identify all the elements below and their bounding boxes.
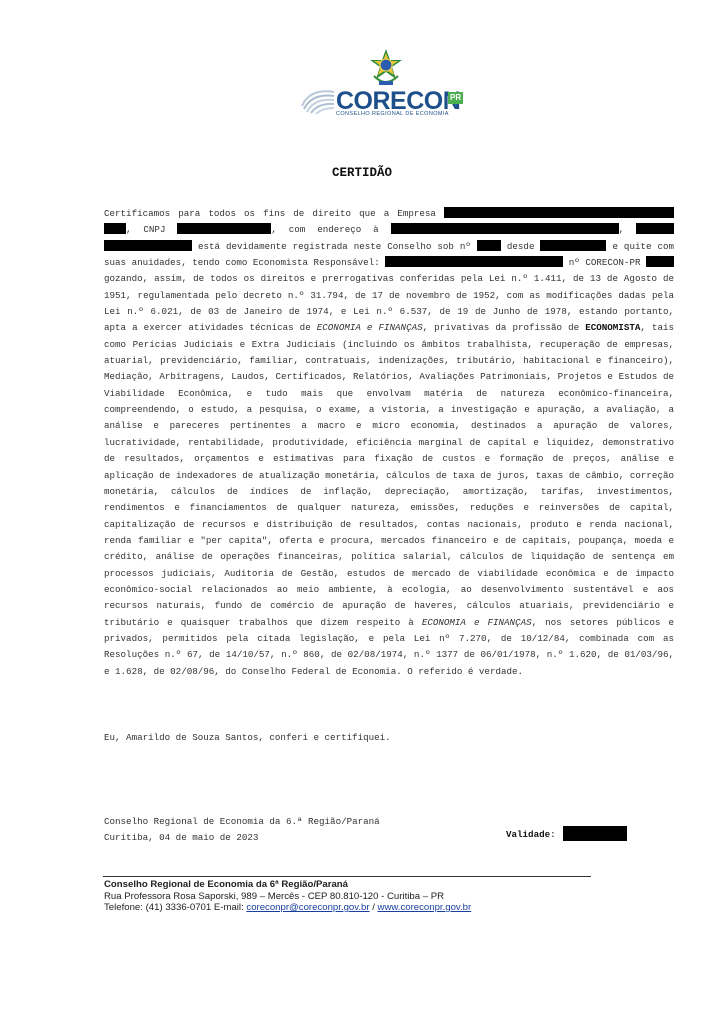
body-text: Certificamos para todos os fins de direi… — [104, 208, 436, 219]
body-text: , CNPJ — [126, 224, 165, 235]
separator: / — [370, 902, 378, 913]
redacted-registration-number — [477, 240, 501, 251]
redacted-economist-number — [646, 256, 674, 267]
redacted-economist-name — [385, 256, 563, 267]
certificate-body: Certificamos para todos os fins de direi… — [104, 206, 674, 680]
footer-phone: Telefone: (41) 3336-0701 E-mail: — [104, 902, 246, 913]
redacted-address-cont — [636, 223, 674, 234]
body-text: desde — [507, 241, 535, 252]
redacted-registration-date — [540, 240, 606, 251]
economia-financas-italic: ECONOMIA e FINANÇAS — [317, 322, 423, 333]
brand-subtitle: CONSELHO REGIONAL DE ECONOMIA — [336, 111, 449, 117]
body-text: , privativas da profissão de — [423, 322, 580, 333]
redacted-address — [391, 223, 619, 234]
footer-address: Rua Professora Rosa Saporski, 989 – Merc… — [104, 891, 471, 903]
corecon-logo: CORECON PR CONSELHO REGIONAL DE ECONOMIA — [298, 48, 488, 114]
validity-colon: : — [550, 829, 556, 840]
economista-bold: ECONOMISTA — [585, 322, 640, 333]
document-title: CERTIDÃO — [0, 166, 724, 180]
issuer-name: Conselho Regional de Economia da 6.ª Reg… — [104, 814, 380, 830]
redacted-cnpj — [177, 223, 271, 234]
economia-financas-italic: ECONOMIA e FINANÇAS — [422, 617, 532, 628]
place-date: Curitiba, 04 de maio de 2023 — [104, 830, 380, 846]
corecon-swirl-icon — [300, 88, 336, 114]
brazil-coat-of-arms-icon — [368, 48, 404, 88]
footer-contact: Telefone: (41) 3336-0701 E-mail: corecon… — [104, 902, 471, 914]
validity-label: Validade — [506, 829, 550, 840]
issuer-block: Conselho Regional de Economia da 6.ª Reg… — [104, 814, 380, 846]
redacted-company-name-cont — [104, 223, 126, 234]
body-text: , com endereço à — [271, 224, 378, 235]
redacted-validity-date — [563, 826, 627, 841]
footer-divider — [103, 876, 591, 877]
body-text: nº CORECON-PR — [569, 257, 641, 268]
body-text: , tais como Perícias Judiciais e Extra J… — [104, 322, 674, 627]
region-badge: PR — [448, 92, 463, 104]
website-link[interactable]: www.coreconpr.gov.br — [378, 902, 472, 913]
footer-org-name: Conselho Regional de Economia da 6ª Regi… — [104, 879, 471, 891]
redacted-company-name — [444, 207, 674, 218]
validity: Validade: — [506, 826, 627, 841]
footer-address-block: Conselho Regional de Economia da 6ª Regi… — [104, 879, 471, 914]
signoff-statement: Eu, Amarildo de Souza Santos, conferi e … — [104, 732, 391, 743]
email-link[interactable]: coreconpr@coreconpr.gov.br — [246, 902, 369, 913]
body-text: , — [619, 224, 625, 235]
redacted-city — [104, 240, 192, 251]
body-text: está devidamente registrada neste Consel… — [198, 241, 471, 252]
